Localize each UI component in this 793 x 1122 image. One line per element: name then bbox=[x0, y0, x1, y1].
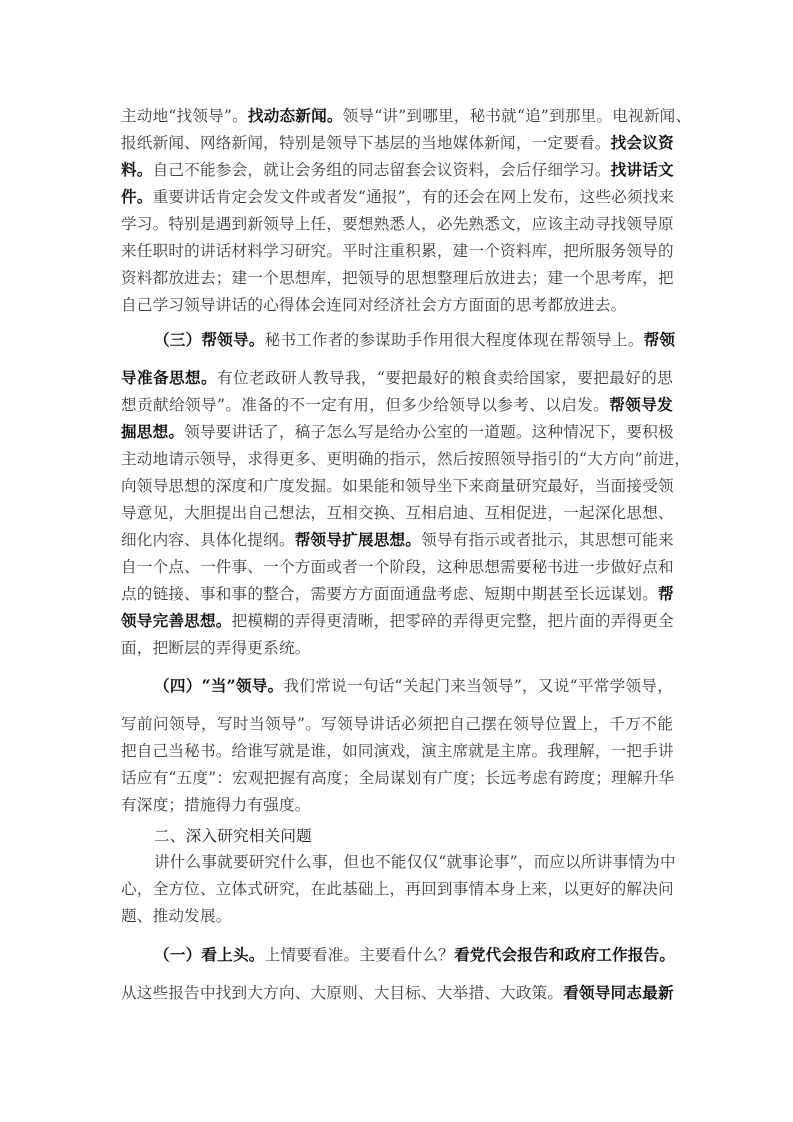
text-run: 自己不能参会，就让会务组的同志留套会议资料，会后仔细学习。 bbox=[153, 161, 611, 179]
bold-phrase: 帮 bbox=[658, 584, 674, 603]
text-line: 把自己当秘书。给谁写就是谁，如同演戏，演主席就是主席。我理解，一把手讲 bbox=[121, 740, 673, 762]
bold-phrase: 帮领 bbox=[644, 330, 676, 349]
bold-phrase: （三）帮领导。 bbox=[154, 330, 265, 349]
text-run: 讲什么事就要研究什么事，但也不能仅仅“就事论事”，而应以所讲事情为中 bbox=[154, 853, 676, 871]
text-line: 写前问领导，写时当领导”。写领导讲话必须把自己摆在领导位置上，千万不能 bbox=[121, 713, 673, 735]
text-line: 导准备思想。有位老政研人教导我，“要把最好的粮食卖给国家，要把最好的思 bbox=[121, 367, 673, 389]
text-line: 题、推动发展。 bbox=[121, 905, 673, 927]
text-line: 有深度；措施得力有强度。 bbox=[121, 794, 673, 816]
bold-phrase: 看党代会报告和政府工作报告。 bbox=[454, 945, 675, 964]
text-run: 上情要看准。主要看什么？ bbox=[265, 946, 455, 964]
text-run: 资料都放进去；建一个思想库，把领导的思想整理后放进去；建一个思考库，把 bbox=[121, 269, 674, 287]
text-line: 来任职时的讲话材料学习研究。平时注重积累，建一个资料库，把所服务领导的 bbox=[121, 240, 673, 262]
text-line: 领导完善思想。把模糊的弄得更清晰，把零碎的弄得更完整，把片面的弄得更全 bbox=[121, 610, 673, 632]
text-run: 写前问领导，写时当领导”。写领导讲话必须把自己摆在领导位置上，千万不能 bbox=[121, 715, 673, 733]
text-run: 我们常说一句话“关起门来当领导”，又说“平常学领导， bbox=[284, 677, 673, 695]
text-line: （一）看上头。上情要看准。主要看什么？看党代会报告和政府工作报告。 bbox=[154, 944, 673, 966]
bold-phrase: 帮领导发 bbox=[609, 395, 673, 414]
bold-phrase: 看领导同志最新 bbox=[563, 983, 674, 1002]
text-run: 话应有“五度”：宏观把握有高度；全局谋划有广度；长远考虑有跨度；理解升华 bbox=[121, 769, 674, 787]
text-line: （四）“当”领导。我们常说一句话“关起门来当领导”，又说“平常学领导， bbox=[154, 675, 673, 697]
text-line: 料。自己不能参会，就让会务组的同志留套会议资料，会后仔细学习。找讲话文 bbox=[121, 159, 673, 181]
text-run: 自己学习领导讲话的心得体会连同对经济社会方方面面的思考都放进去。 bbox=[121, 296, 626, 314]
text-line: 掘思想。领导要讲话了，稿子怎么写是给办公室的一道题。这种情况下，要积极 bbox=[121, 421, 673, 443]
text-run: 向领导思想的深度和广度发掘。如果能和领导坐下来商量研究最好，当面接受领 bbox=[121, 477, 674, 495]
text-run: 自一个点、一件事、一个方面或者一个阶段，这种思想需要秘书进一步做好点和 bbox=[121, 558, 674, 576]
bold-phrase: 找动态新闻。 bbox=[248, 106, 343, 125]
text-line: 讲什么事就要研究什么事，但也不能仅仅“就事论事”，而应以所讲事情为中 bbox=[154, 851, 673, 873]
text-line: 主动地请示领导，求得更多、更明确的指示，然后按照领导指引的“大方向”前进， bbox=[121, 448, 673, 470]
text-run: 面，把断层的弄得更系统。 bbox=[121, 639, 311, 657]
text-line: 面，把断层的弄得更系统。 bbox=[121, 637, 673, 659]
text-line: 学习。特别是遇到新领导上任，要想熟悉人，必先熟悉文，应该主动寻找领导原 bbox=[121, 213, 673, 235]
bold-phrase: （四）“当”领导。 bbox=[154, 676, 284, 695]
text-line: （三）帮领导。秘书工作者的参谋助手作用很大程度体现在帮领导上。帮领 bbox=[154, 329, 673, 351]
text-run: 题、推动发展。 bbox=[121, 907, 232, 925]
text-run: 领导有指示或者批示，其思想可能来 bbox=[421, 531, 674, 549]
text-run: 报纸新闻、网络新闻，特别是领导下基层的当地媒体新闻，一定要看。 bbox=[121, 134, 611, 152]
text-line: 报纸新闻、网络新闻，特别是领导下基层的当地媒体新闻，一定要看。找会议资 bbox=[121, 132, 673, 154]
bold-phrase: 掘思想。 bbox=[121, 422, 184, 441]
text-line: 导意见，大胆提出自己想法，互相交换、互相启迪、互相促进，一起深化思想、 bbox=[121, 502, 673, 524]
text-line: 从这些报告中找到大方向、大原则、大目标、大举措、大政策。看领导同志最新 bbox=[121, 982, 673, 1004]
text-run: 点的链接、事和事的整合，需要方方面面通盘考虑、短期中期甚至长远谋划。 bbox=[121, 585, 658, 603]
text-line: 资料都放进去；建一个思想库，把领导的思想整理后放进去；建一个思考库，把 bbox=[121, 267, 673, 289]
text-run: 细化内容、具体化提纲。 bbox=[121, 531, 295, 549]
text-line: 点的链接、事和事的整合，需要方方面面通盘考虑、短期中期甚至长远谋划。帮 bbox=[121, 583, 673, 605]
text-run: 来任职时的讲话材料学习研究。平时注重积累，建一个资料库，把所服务领导的 bbox=[121, 242, 674, 260]
text-run: 从这些报告中找到大方向、大原则、大目标、大举措、大政策。 bbox=[121, 984, 563, 1002]
text-run: 有深度；措施得力有强度。 bbox=[121, 796, 311, 814]
text-line: 话应有“五度”：宏观把握有高度；全局谋划有广度；长远考虑有跨度；理解升华 bbox=[121, 767, 673, 789]
text-run: 心，全方位、立体式研究，在此基础上，再回到事情本身上来，以更好的解决问 bbox=[121, 880, 674, 898]
section-heading: 二、深入研究相关问题 bbox=[154, 825, 673, 847]
text-run: 领导要讲话了，稿子怎么写是给办公室的一道题。这种情况下，要积极 bbox=[184, 423, 674, 441]
text-line: 细化内容、具体化提纲。帮领导扩展思想。领导有指示或者批示，其思想可能来 bbox=[121, 529, 673, 551]
text-line: 心，全方位、立体式研究，在此基础上，再回到事情本身上来，以更好的解决问 bbox=[121, 878, 673, 900]
text-run: 把模糊的弄得更清晰，把零碎的弄得更完整，把片面的弄得更全 bbox=[232, 612, 674, 630]
bold-phrase: 领导完善思想。 bbox=[121, 611, 232, 630]
text-line: 主动地“找领导”。找动态新闻。领导“讲”到哪里，秘书就“追”到那里。电视新闻、 bbox=[121, 105, 673, 127]
bold-phrase: 找讲话文 bbox=[611, 160, 674, 179]
text-run: 把自己当秘书。给谁写就是谁，如同演戏，演主席就是主席。我理解，一把手讲 bbox=[121, 742, 674, 760]
text-run: 主动地请示领导，求得更多、更明确的指示，然后按照领导指引的“大方向”前进， bbox=[121, 450, 690, 468]
text-run: 重要讲话肯定会发文件或者发“通报”，有的还会在网上发布，这些必须找来 bbox=[153, 188, 675, 206]
bold-phrase: 导准备思想。 bbox=[121, 368, 217, 387]
text-run: 秘书工作者的参谋助手作用很大程度体现在帮领导上。 bbox=[265, 331, 644, 349]
text-line: 自一个点、一件事、一个方面或者一个阶段，这种思想需要秘书进一步做好点和 bbox=[121, 556, 673, 578]
text-run: 学习。特别是遇到新领导上任，要想熟悉人，必先熟悉文，应该主动寻找领导原 bbox=[121, 215, 674, 233]
text-run: 导意见，大胆提出自己想法，互相交换、互相启迪、互相促进，一起深化思想、 bbox=[121, 504, 674, 522]
text-run: 领导“讲”到哪里，秘书就“追”到那里。电视新闻、 bbox=[343, 107, 692, 125]
text-line: 自己学习领导讲话的心得体会连同对经济社会方方面面的思考都放进去。 bbox=[121, 294, 673, 316]
bold-phrase: 帮领导扩展思想。 bbox=[295, 530, 421, 549]
text-line: 件。重要讲话肯定会发文件或者发“通报”，有的还会在网上发布，这些必须找来 bbox=[121, 186, 673, 208]
text-run: 有位老政研人教导我，“要把最好的粮食卖给国家，要把最好的思 bbox=[217, 369, 673, 387]
document-page: 主动地“找领导”。找动态新闻。领导“讲”到哪里，秘书就“追”到那里。电视新闻、报… bbox=[0, 0, 793, 1122]
text-line: 向领导思想的深度和广度发掘。如果能和领导坐下来商量研究最好，当面接受领 bbox=[121, 475, 673, 497]
text-run: 主动地“找领导”。 bbox=[121, 107, 248, 125]
bold-phrase: （一）看上头。 bbox=[154, 945, 265, 964]
bold-phrase: 件。 bbox=[121, 187, 153, 206]
text-line: 想贡献给领导”。准备的不一定有用，但多少给领导以参考、以启发。帮领导发 bbox=[121, 394, 673, 416]
bold-phrase: 找会议资 bbox=[611, 133, 674, 152]
text-run: 二、深入研究相关问题 bbox=[154, 827, 312, 845]
bold-phrase: 料。 bbox=[121, 160, 153, 179]
text-run: 想贡献给领导”。准备的不一定有用，但多少给领导以参考、以启发。 bbox=[121, 396, 609, 414]
